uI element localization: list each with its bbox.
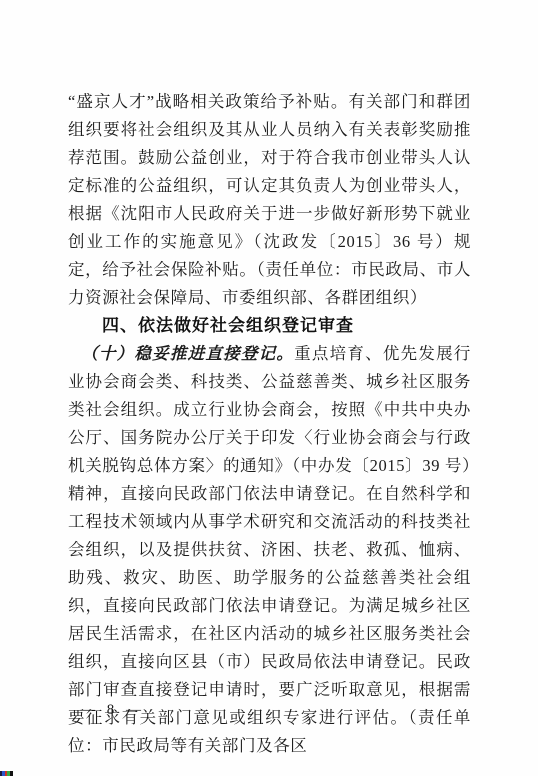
item-ten-body: 重点培育、优先发展行业协会商会类、科技类、公益慈善类、城乡社区服务类社会组织。成… xyxy=(68,344,471,755)
scan-artifact xyxy=(0,771,13,776)
item-ten-lead: （十）稳妥推进直接登记。 xyxy=(81,344,294,363)
section-heading: 四、依法做好社会组织登记审查 xyxy=(68,312,471,340)
document-body: “盛京人才”战略相关政策给予补贴。有关部门和群团组织要将社会组织及其从业人员纳入… xyxy=(68,88,471,760)
paragraph-item-ten: （十）稳妥推进直接登记。重点培育、优先发展行业协会商会类、科技类、公益慈善类、城… xyxy=(68,340,471,760)
document-page: “盛京人才”战略相关政策给予补贴。有关部门和群团组织要将社会组织及其从业人员纳入… xyxy=(0,0,538,776)
paragraph-continuation: “盛京人才”战略相关政策给予补贴。有关部门和群团组织要将社会组织及其从业人员纳入… xyxy=(68,88,471,312)
page-number: — 8 — xyxy=(80,700,145,720)
